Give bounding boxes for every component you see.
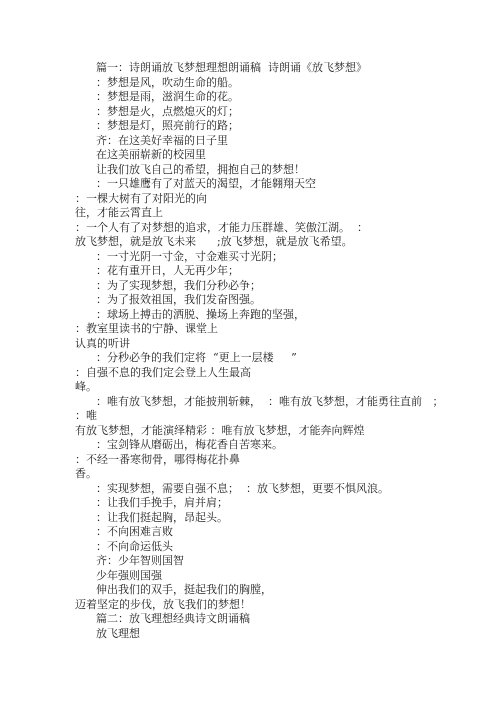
text-line: ：一只雄鹰有了对蓝天的渴望，才能翱翔天空 bbox=[96, 177, 316, 191]
text-line: ：让我们手挽手，肩并肩； bbox=[96, 496, 228, 510]
text-line: ：梦想是火，点燃熄灭的灯； bbox=[96, 105, 239, 119]
text-line: ：梦想是灯，照亮前行的路； bbox=[96, 119, 239, 133]
text-line: 齐：少年智则国智 bbox=[96, 554, 184, 568]
text-line: ：唯有放飞梦想，才能披荆斩棘， ：唯有放飞梦想，才能勇往直前 ； bbox=[96, 395, 443, 409]
text-line: 齐：在这美好幸福的日子里 bbox=[96, 134, 228, 148]
text-line: ：梦想是风，吹动生命的船。 bbox=[96, 76, 239, 90]
text-line: ：花有重开日，人无再少年； bbox=[96, 264, 239, 278]
text-line: ：不向困难言败 bbox=[96, 525, 173, 539]
text-line: 少年强则国强 bbox=[96, 569, 162, 583]
text-line: ：一寸光阴一寸金，寸金难买寸光阴； bbox=[96, 250, 283, 264]
text-line: 香。 bbox=[75, 467, 97, 481]
text-line: ：一棵大树有了对阳光的向 bbox=[75, 192, 207, 206]
text-line: 有放飞梦想，才能演绎精彩 ：唯有放飞梦想，才能奔向辉煌 bbox=[75, 424, 365, 438]
text-line: ：梦想是雨，滋润生命的花。 bbox=[96, 90, 239, 104]
text-line: 放飞理想 bbox=[96, 627, 140, 641]
section-title-1: 篇一：诗朗诵放飞梦想理想朗诵稿 诗朗诵《放飞梦想》 bbox=[96, 61, 367, 75]
text-line: ：让我们挺起胸，昂起头。 bbox=[96, 511, 228, 525]
text-line: 认真的听讲 bbox=[75, 337, 130, 351]
text-line: ：为了实现梦想，我们分秒必争； bbox=[96, 279, 261, 293]
text-line: ：分秒必争的我们定将 “更上一层楼 ” bbox=[96, 351, 297, 365]
section-title-2: 篇二：放飞理想经典诗文朗诵稿 bbox=[96, 612, 250, 626]
text-line: 迈着坚定的步伐，放飞我们的梦想！ bbox=[75, 598, 251, 612]
text-line: ：球场上搏击的洒脱、操场上奔跑的坚强， bbox=[96, 308, 305, 322]
text-line: ：不向命运低头 bbox=[96, 540, 173, 554]
text-line: ：一个人有了对梦想的追求，才能力压群雄、笑傲江湖。 ： bbox=[75, 221, 368, 235]
text-line: ：唯 bbox=[75, 409, 97, 423]
text-line: 让我们放飞自己的希望，拥抱自己的梦想！ bbox=[96, 163, 305, 177]
document-page: 篇一：诗朗诵放飞梦想理想朗诵稿 诗朗诵《放飞梦想》：梦想是风，吹动生命的船。：梦… bbox=[0, 0, 500, 708]
text-line: ：不经一番寒彻骨，哪得梅花扑鼻 bbox=[75, 453, 240, 467]
text-line: 放飞梦想，就是放飞未来 ;放飞梦想，就是放飞希望。 bbox=[75, 235, 353, 249]
text-line: ：为了报效祖国，我们发奋图强。 bbox=[96, 293, 261, 307]
text-line: ：自强不息的我们定会登上人生最高 bbox=[75, 366, 251, 380]
text-line: ：宝剑锋从磨砺出，梅花香自苦寒来。 bbox=[96, 438, 283, 452]
text-line: 伸出我们的双手，挺起我们的胸膛， bbox=[96, 583, 272, 597]
text-line: ：实现梦想，需要自强不息； ：放飞梦想，更要不惧风浪。 bbox=[96, 482, 389, 496]
text-line: 在这美丽崭新的校园里 bbox=[96, 148, 206, 162]
text-line: ：教室里读书的宁静、课堂上 bbox=[75, 322, 218, 336]
text-line: 峰。 bbox=[75, 380, 97, 394]
text-line: 往，才能云霄直上 bbox=[75, 206, 163, 220]
